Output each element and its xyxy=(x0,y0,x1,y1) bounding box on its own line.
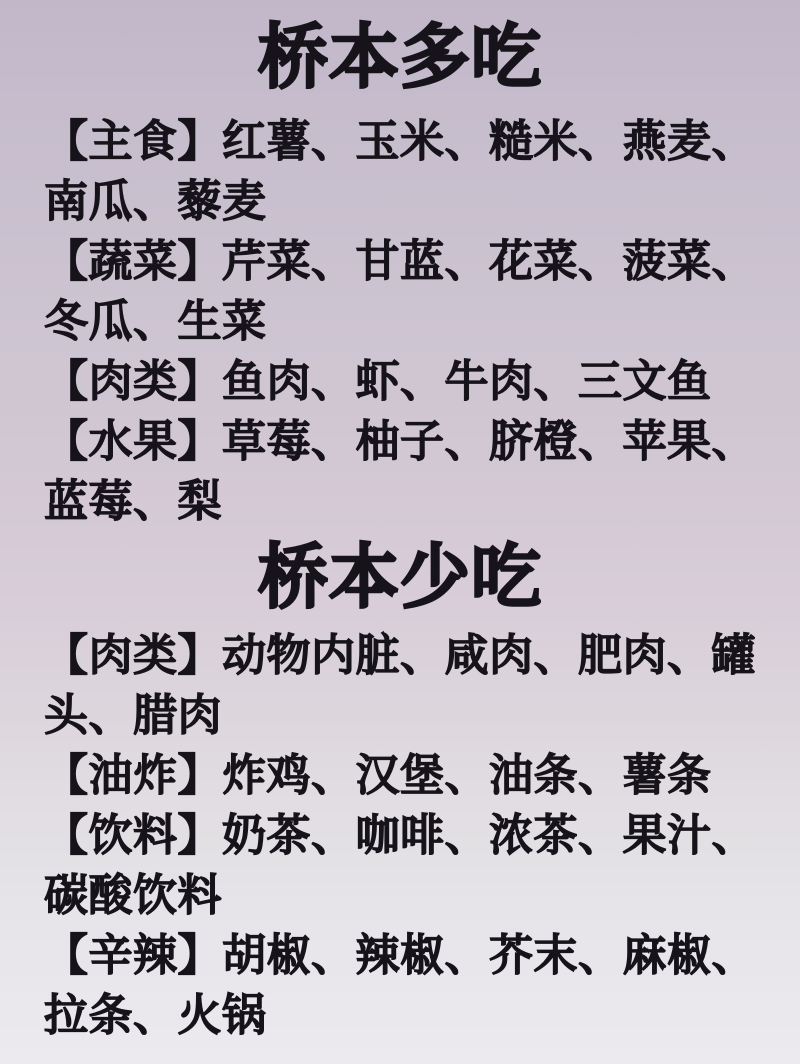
entry-meat-avoid-line-2: 头、腊肉 xyxy=(44,686,800,746)
entry-vegetables-line-2: 冬瓜、生菜 xyxy=(44,292,800,352)
entry-fried-line-1: 【油炸】炸鸡、汉堡、油条、薯条 xyxy=(44,746,800,806)
entry-spicy-line-2: 拉条、火锅 xyxy=(44,986,800,1046)
section-title-eat-more: 桥本多吃 xyxy=(0,0,800,100)
entry-staples-line-1: 【主食】红薯、玉米、糙米、燕麦、 xyxy=(44,112,800,172)
section-title-eat-less: 桥本少吃 xyxy=(0,534,800,620)
entry-vegetables-line-1: 【蔬菜】芹菜、甘蓝、花菜、菠菜、 xyxy=(44,232,800,292)
entry-fruit-line-1: 【水果】草莓、柚子、脐橙、苹果、 xyxy=(44,412,800,472)
eat-less-list: 【肉类】动物内脏、咸肉、肥肉、罐 头、腊肉 【油炸】炸鸡、汉堡、油条、薯条 【饮… xyxy=(0,626,800,1046)
entry-meat-avoid-line-1: 【肉类】动物内脏、咸肉、肥肉、罐 xyxy=(44,626,800,686)
entry-staples-line-2: 南瓜、藜麦 xyxy=(44,172,800,232)
entry-drinks-line-2: 碳酸饮料 xyxy=(44,866,800,926)
eat-more-list: 【主食】红薯、玉米、糙米、燕麦、 南瓜、藜麦 【蔬菜】芹菜、甘蓝、花菜、菠菜、 … xyxy=(0,112,800,532)
entry-meat-line-1: 【肉类】鱼肉、虾、牛肉、三文鱼 xyxy=(44,352,800,412)
entry-drinks-line-1: 【饮料】奶茶、咖啡、浓茶、果汁、 xyxy=(44,806,800,866)
entry-spicy-line-1: 【辛辣】胡椒、辣椒、芥末、麻椒、 xyxy=(44,926,800,986)
entry-fruit-line-2: 蓝莓、梨 xyxy=(44,472,800,532)
diet-poster: 桥本多吃 【主食】红薯、玉米、糙米、燕麦、 南瓜、藜麦 【蔬菜】芹菜、甘蓝、花菜… xyxy=(0,0,800,1064)
